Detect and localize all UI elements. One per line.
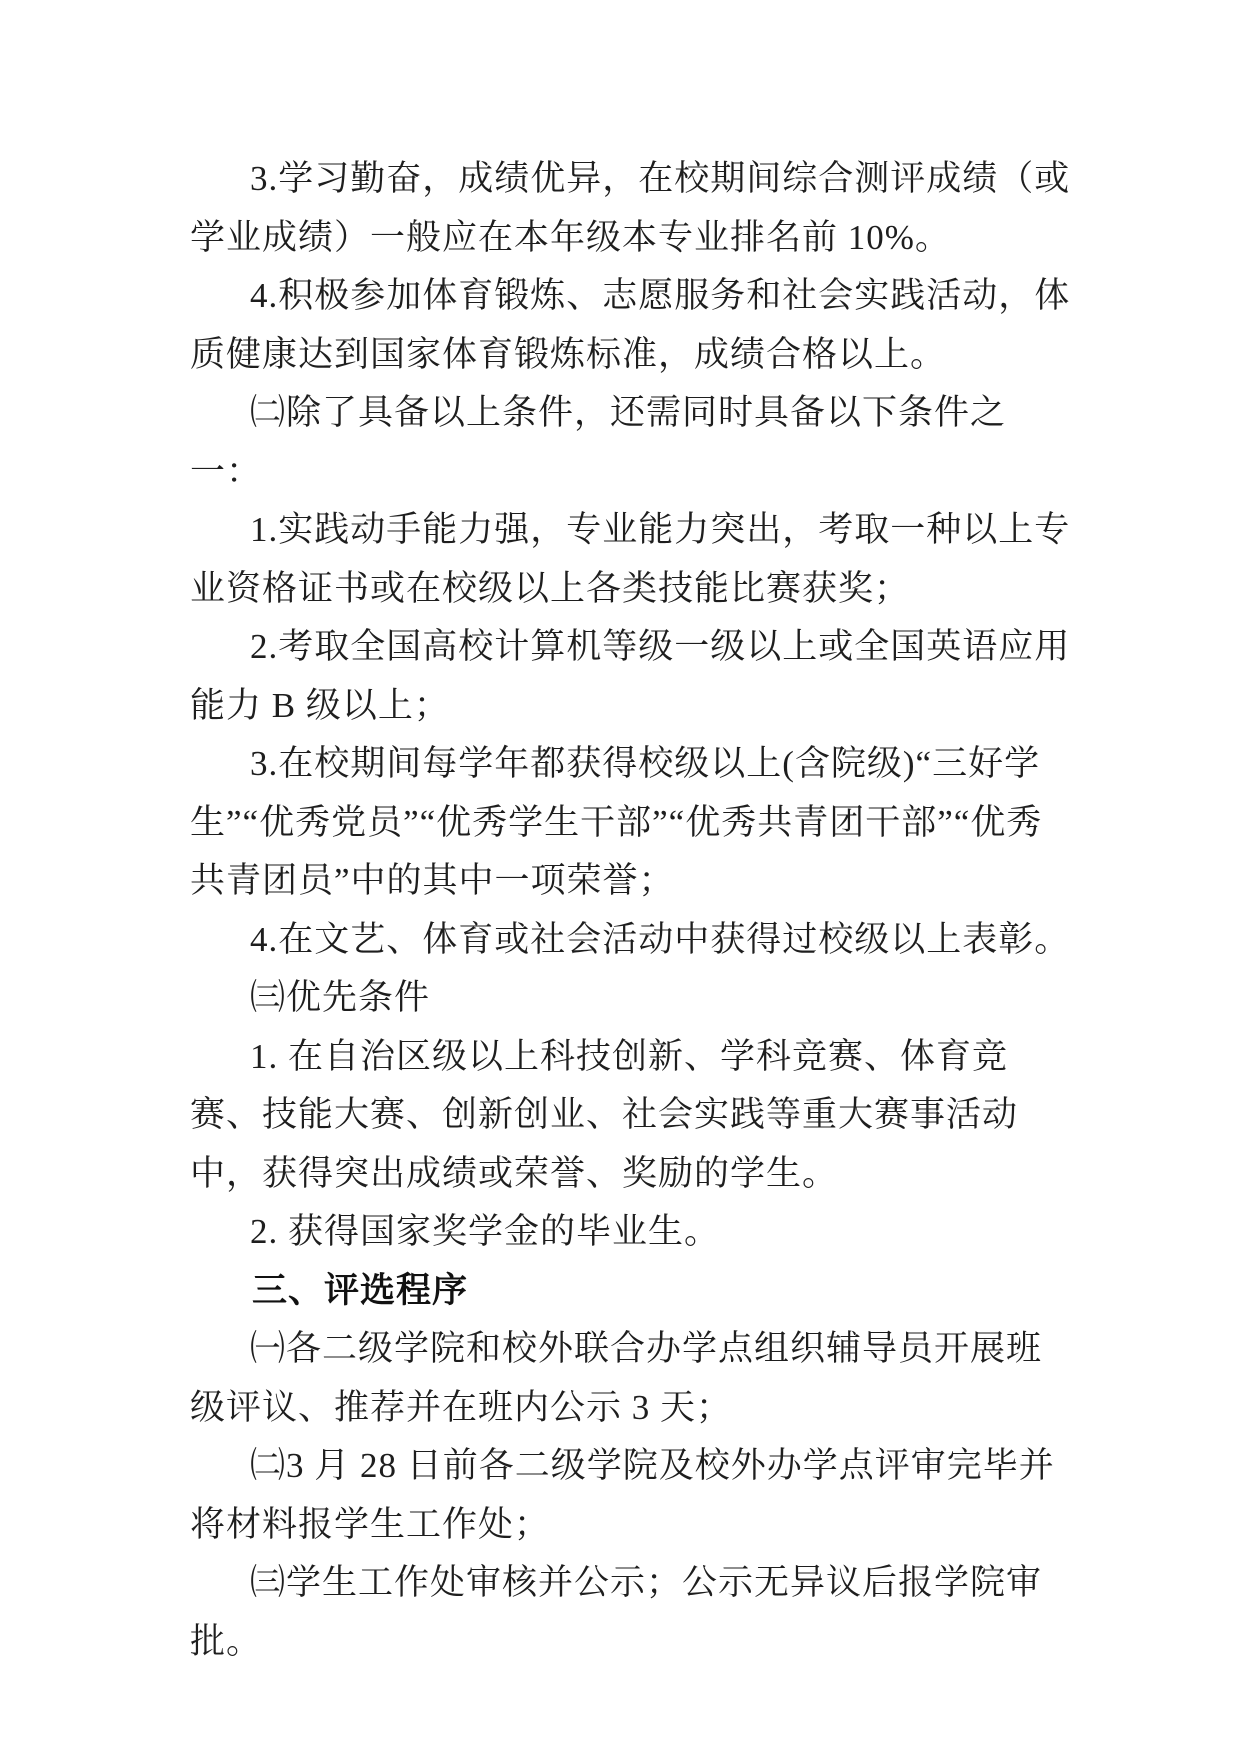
para-section2-item4: 4.在文艺、体育或社会活动中获得过校级以上表彰。 <box>190 911 1072 970</box>
para-section2-item1: 1.实践动手能力强，专业能力突出，考取一种以上专业资格证书或在校级以上各类技能比… <box>190 501 1072 618</box>
para-section3-priority-title: ㈢优先条件 <box>190 969 1072 1028</box>
para-condition-study: 3.学习勤奋，成绩优异，在校期间综合测评成绩（或学业成绩）一般应在本年级本专业排… <box>190 150 1072 267</box>
para-section2-item2: 2.考取全国高校计算机等级一级以上或全国英语应用能力 B 级以上； <box>190 618 1072 735</box>
para-section2-item3: 3.在校期间每学年都获得校级以上(含院级)“三好学生”“优秀党员”“优秀学生干部… <box>190 735 1072 911</box>
document-body: 3.学习勤奋，成绩优异，在校期间综合测评成绩（或学业成绩）一般应在本年级本专业排… <box>190 150 1072 1671</box>
para-priority-item2: 2. 获得国家奖学金的毕业生。 <box>190 1203 1072 1262</box>
para-procedure-step3: ㈢学生工作处审核并公示；公示无异议后报学院审批。 <box>190 1554 1072 1671</box>
para-priority-item1: 1. 在自治区级以上科技创新、学科竞赛、体育竞赛、技能大赛、创新创业、社会实践等… <box>190 1028 1072 1204</box>
section-heading-procedure: 三、评选程序 <box>190 1262 1072 1321</box>
para-procedure-step1: ㈠各二级学院和校外联合办学点组织辅导员开展班级评议、推荐并在班内公示 3 天； <box>190 1320 1072 1437</box>
para-condition-sports: 4.积极参加体育锻炼、志愿服务和社会实践活动，体质健康达到国家体育锻炼标准，成绩… <box>190 267 1072 384</box>
para-procedure-step2: ㈡3 月 28 日前各二级学院及校外办学点评审完毕并将材料报学生工作处； <box>190 1437 1072 1554</box>
document-page: 3.学习勤奋，成绩优异，在校期间综合测评成绩（或学业成绩）一般应在本年级本专业排… <box>0 0 1240 1753</box>
para-section2-intro: ㈡除了具备以上条件，还需同时具备以下条件之一： <box>190 384 1072 501</box>
